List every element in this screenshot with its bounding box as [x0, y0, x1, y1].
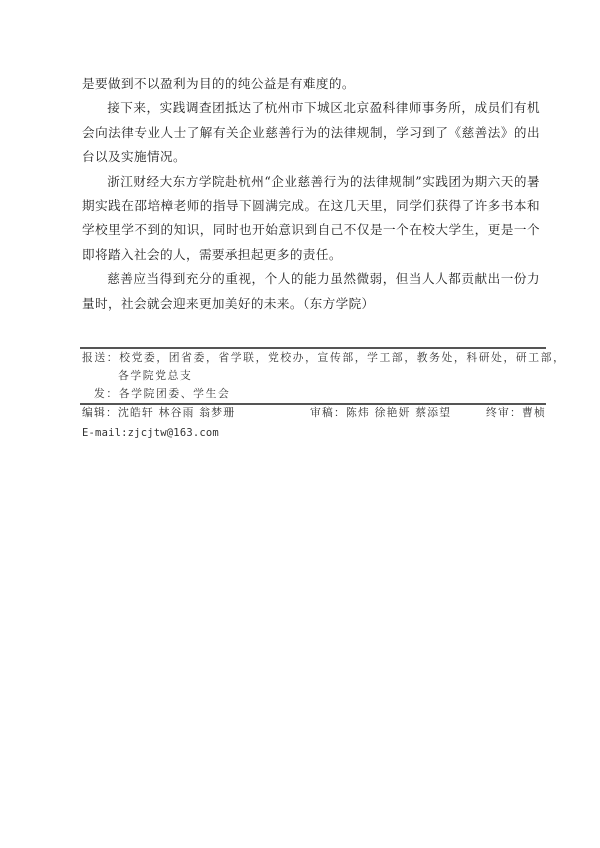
report-to-line: 报送：校党委，团省委，省学联，党校办，宣传部，学工部，教务处，科研处，研工部， [82, 349, 566, 367]
paragraph-1: 是要做到不以盈利为目的的纯公益是有难度的。 [82, 72, 540, 96]
editors: 编辑：沈皓轩 林谷雨 翁梦珊 [82, 404, 310, 422]
paragraph-4: 慈善应当得到充分的重视，个人的能力虽然微弱，但当人人都贡献出一份力量时，社会就会… [82, 267, 540, 316]
email-address: E-mail:zjcjtw@163.com [82, 424, 546, 442]
paragraph-2: 接下来，实践调查团抵达了杭州市下城区北京盈科律师事务所，成员们有机会向法律专业人… [82, 96, 540, 169]
report-to-continuation: 各学院党总支 [82, 367, 566, 385]
send-to-line: 发：各学院团委、学生会 [82, 385, 566, 403]
article-body: 是要做到不以盈利为目的的纯公益是有难度的。 接下来，实践调查团抵达了杭州市下城区… [82, 72, 540, 316]
send-to-label: 发： [94, 387, 119, 400]
final-reviewer: 终审：曹桢 [478, 404, 546, 422]
reviewers: 审稿：陈炜 徐艳妍 蔡添望 [310, 404, 478, 422]
credits-block: 编辑：沈皓轩 林谷雨 翁梦珊 审稿：陈炜 徐艳妍 蔡添望 终审：曹桢 E-mai… [82, 404, 546, 442]
credits-row: 编辑：沈皓轩 林谷雨 翁梦珊 审稿：陈炜 徐艳妍 蔡添望 终审：曹桢 [82, 404, 546, 422]
distribution-block: 报送：校党委，团省委，省学联，党校办，宣传部，学工部，教务处，科研处，研工部， … [82, 349, 566, 403]
paragraph-3: 浙江财经大东方学院赴杭州“企业慈善行为的法律规制”实践团为期六天的暑期实践在邵培… [82, 170, 540, 268]
report-to-list: 校党委，团省委，省学联，党校办，宣传部，学工部，教务处，科研处，研工部， [119, 351, 565, 364]
send-to-list: 各学院团委、学生会 [119, 387, 231, 400]
report-to-label: 报送： [82, 351, 119, 364]
